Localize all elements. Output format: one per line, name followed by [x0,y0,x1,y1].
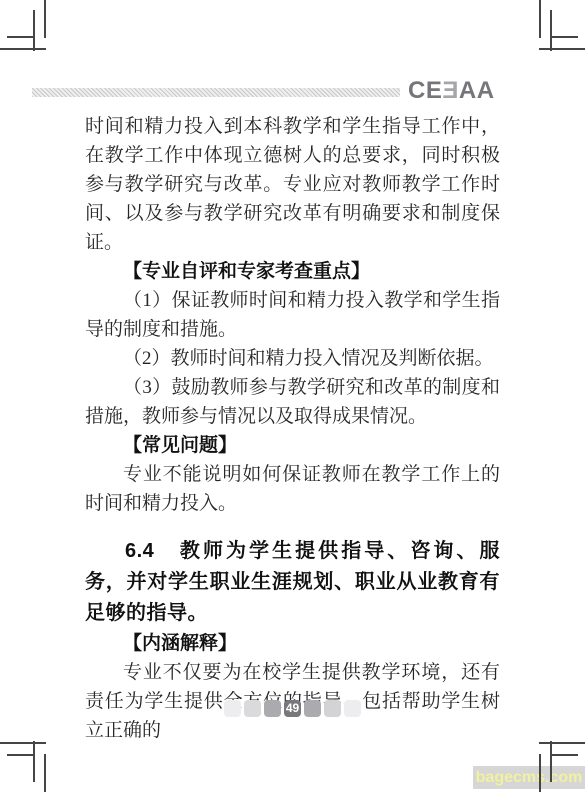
page-indicator-square [324,700,341,717]
list-item-2: （2）教师时间和精力投入情况及判断依据。 [85,344,500,373]
logo-text-ce: CE [408,77,442,104]
list-item-1: （1）保证教师时间和精力投入教学和学生指导的制度和措施。 [85,286,500,344]
logo-text-aa: AA [459,77,495,104]
page-indicator-square [344,700,361,717]
page-number: 49 [286,700,299,717]
list-item-3: （3）鼓励教师参与教学研究和改革的制度和措施，教师参与情况以及取得成果情况。 [85,373,500,431]
crop-mark-top-left [0,0,47,51]
page-number-badge: 49 [284,700,301,717]
page-indicator: 49 [0,700,585,717]
page-indicator-square [244,700,261,717]
document-page: CEƎAA 时间和精力投入到本科教学和学生指导工作中，在教学工作中体现立德树人的… [0,0,585,792]
crop-mark-top-right [538,0,585,51]
crop-mark-bottom-right [538,741,585,792]
page-indicator-square [264,700,281,717]
paragraph-common-problems: 专业不能说明如何保证教师在教学工作上的时间和精力投入。 [85,460,500,518]
header-hatch-bar [32,88,400,97]
paragraph-continuation: 时间和精力投入到本科教学和学生指导工作中，在教学工作中体现立德树人的总要求，同时… [85,112,500,257]
page-content: 时间和精力投入到本科教学和学生指导工作中，在教学工作中体现立德树人的总要求，同时… [85,112,500,745]
bracket-heading-connotation: 【内涵解释】 [85,629,500,658]
logo-text-reversed-e: Ǝ [442,77,459,104]
bracket-heading-self-review-focus: 【专业自评和专家考查重点】 [85,257,500,286]
bracket-heading-common-problems: 【常见问题】 [85,431,500,460]
ceeaa-logo: CEƎAA [408,78,558,104]
page-indicator-square [304,700,321,717]
page-indicator-square [224,700,241,717]
crop-mark-bottom-left [0,741,47,792]
section-heading-6-4: 6.4 教师为学生提供指导、咨询、服务，并对学生职业生涯规划、职业从业教育有足够… [85,536,500,629]
